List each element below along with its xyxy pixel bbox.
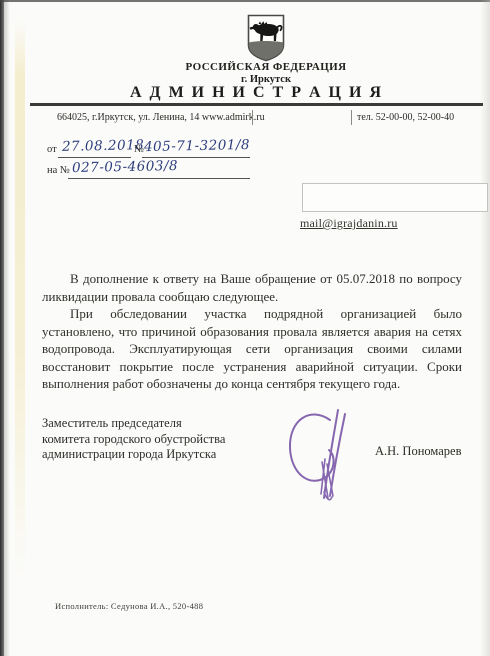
- letterhead-rule: [30, 103, 483, 106]
- ref-reply-handwritten: 027-05-4603/8: [72, 158, 178, 176]
- scan-edge-left-shadow: [4, 0, 10, 656]
- body-paragraph: В дополнение к ответу на Ваше обращение …: [42, 270, 462, 305]
- letterhead-organization: А Д М И Н И С Т Р А Ц И Я: [30, 84, 483, 102]
- body-paragraph: При обследовании участка подрядной орган…: [42, 305, 462, 393]
- scan-edge-top: [0, 0, 490, 2]
- ref-date-label: от: [47, 144, 57, 155]
- letterhead-phone: тел. 52-00-00, 52-00-40: [357, 112, 454, 123]
- executor-note: Исполнитель: Седунова И.А., 520-488: [55, 601, 203, 611]
- signer-position-line: Заместитель председателя: [42, 416, 225, 432]
- letter-body: В дополнение к ответу на Ваше обращение …: [42, 270, 462, 393]
- signer-position-line: администрации города Иркутска: [42, 447, 225, 463]
- letterhead-country: РОССИЙСКАЯ ФЕДЕРАЦИЯ: [126, 61, 406, 73]
- ref-date-handwritten: 27.08.2018: [62, 137, 145, 155]
- letterhead-address: 664025, г.Иркутск, ул. Ленина, 14 www.ad…: [57, 112, 265, 123]
- ref-underline: [68, 178, 250, 179]
- recipient-email: mail@igrajdanin.ru: [300, 216, 398, 231]
- ref-number-label: №: [134, 144, 144, 155]
- ref-reply-label: на №: [47, 165, 70, 176]
- letterhead-divider: [351, 110, 352, 125]
- scanned-letter-page: РОССИЙСКАЯ ФЕДЕРАЦИЯ г. Иркутск А Д М И …: [0, 0, 490, 656]
- scan-artifact-yellow-band: [15, 20, 25, 580]
- handwritten-signature: [278, 404, 363, 506]
- irkutsk-coat-of-arms-icon: [247, 14, 285, 62]
- signer-position: Заместитель председателя комитета городс…: [42, 416, 225, 463]
- signer-position-line: комитета городского обустройства: [42, 432, 225, 448]
- signer-name: А.Н. Пономарев: [375, 444, 461, 459]
- letterhead-divider: [252, 110, 253, 125]
- redaction-box: [302, 183, 488, 212]
- ref-number-handwritten: 405-71-3201/8: [144, 137, 250, 155]
- ref-underline: [58, 157, 131, 158]
